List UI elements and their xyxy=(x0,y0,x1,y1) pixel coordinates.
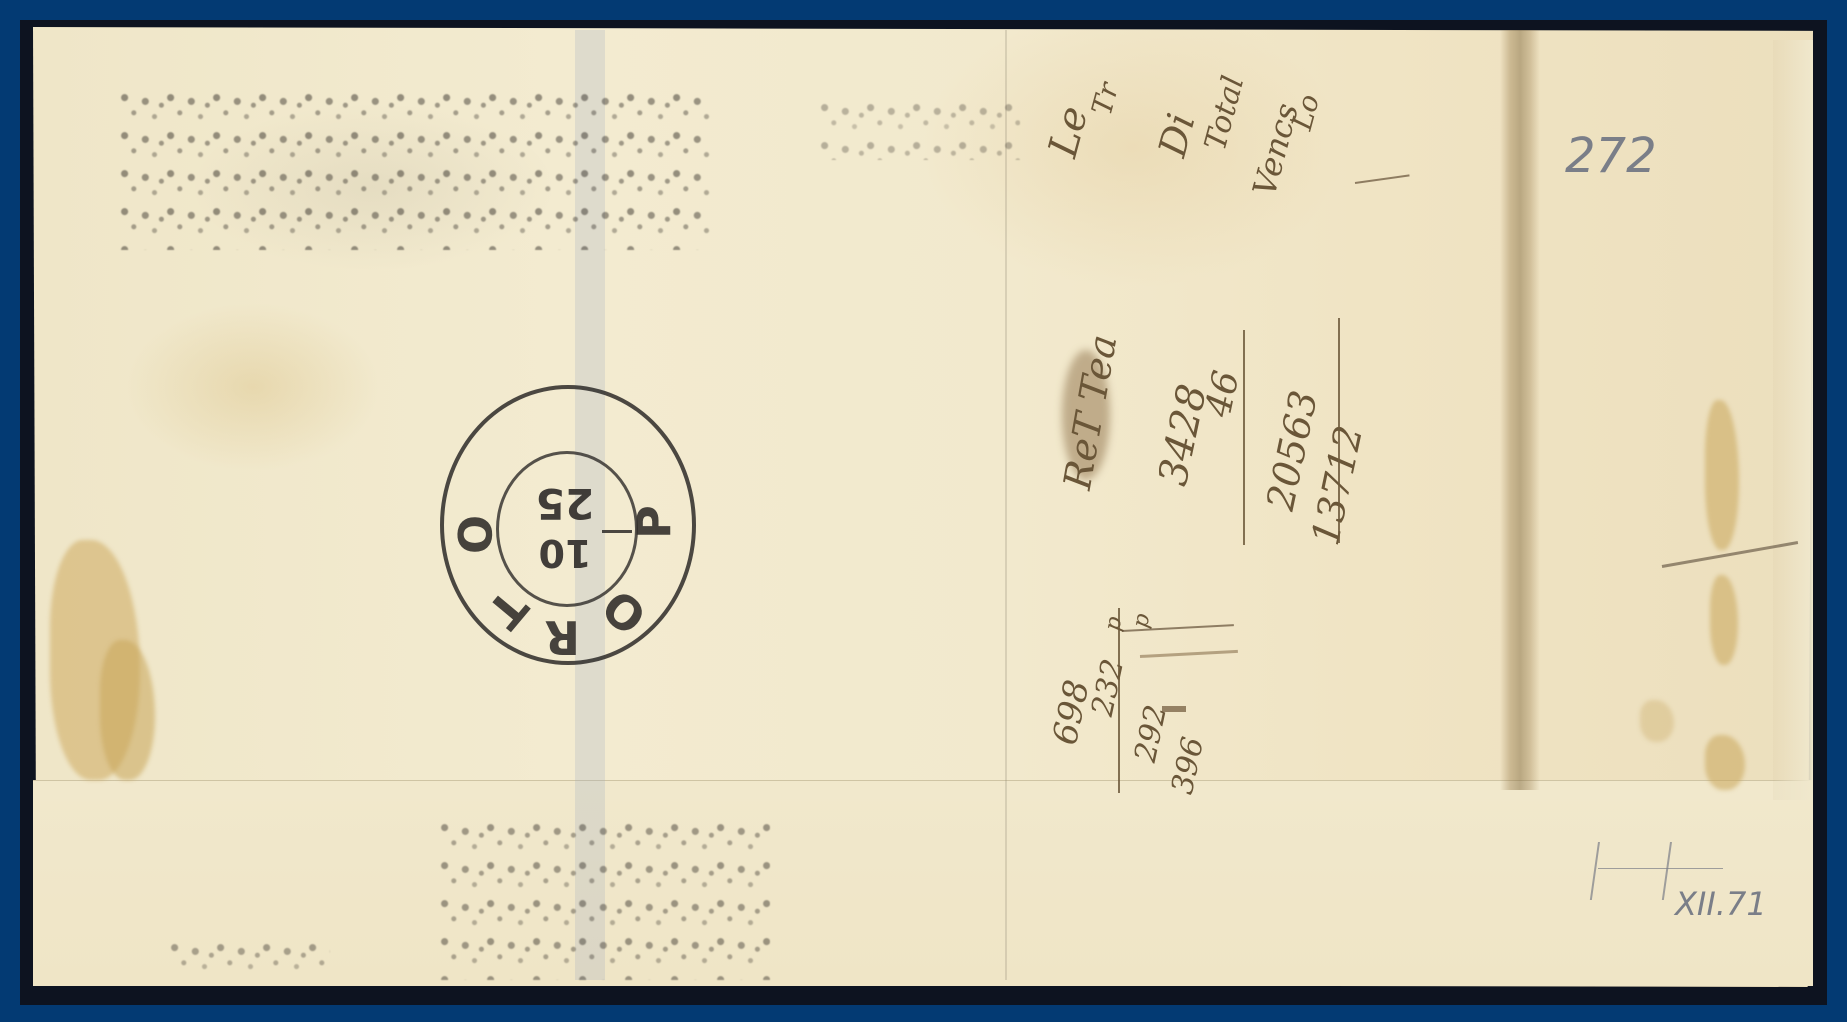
offset-grime-mid xyxy=(820,100,1020,160)
porto-postmark: P O R T O 10 25 xyxy=(440,385,692,663)
sum-divider-2 xyxy=(1338,318,1340,543)
offset-grime-top xyxy=(120,90,710,250)
pencil-signature-stroke xyxy=(1598,868,1723,869)
stain-right-4 xyxy=(1640,700,1674,742)
postmark-month: 10 xyxy=(510,533,620,573)
svg-text:O: O xyxy=(446,514,501,555)
pencil-number: 272 xyxy=(1565,128,1657,184)
right-flap-edge xyxy=(1773,40,1813,800)
fold-stain-right xyxy=(1500,30,1540,790)
svg-text:P: P xyxy=(627,505,681,539)
offset-grime-bottom-2 xyxy=(170,940,330,980)
offset-grime-bottom xyxy=(440,820,770,980)
pencil-signature-date: XII.71 xyxy=(1675,885,1767,923)
sum-divider-1 xyxy=(1243,330,1245,545)
fold-line-center xyxy=(1005,30,1007,980)
pencil-signature-mark xyxy=(1590,842,1672,900)
figures-divider xyxy=(1118,608,1120,793)
postmark-date: 10 25 xyxy=(510,471,620,581)
postmark-day: 25 xyxy=(510,481,620,525)
stroke-3 xyxy=(1162,706,1186,712)
svg-text:R: R xyxy=(545,610,580,663)
svg-text:T: T xyxy=(476,580,538,639)
svg-text:O: O xyxy=(592,579,657,646)
